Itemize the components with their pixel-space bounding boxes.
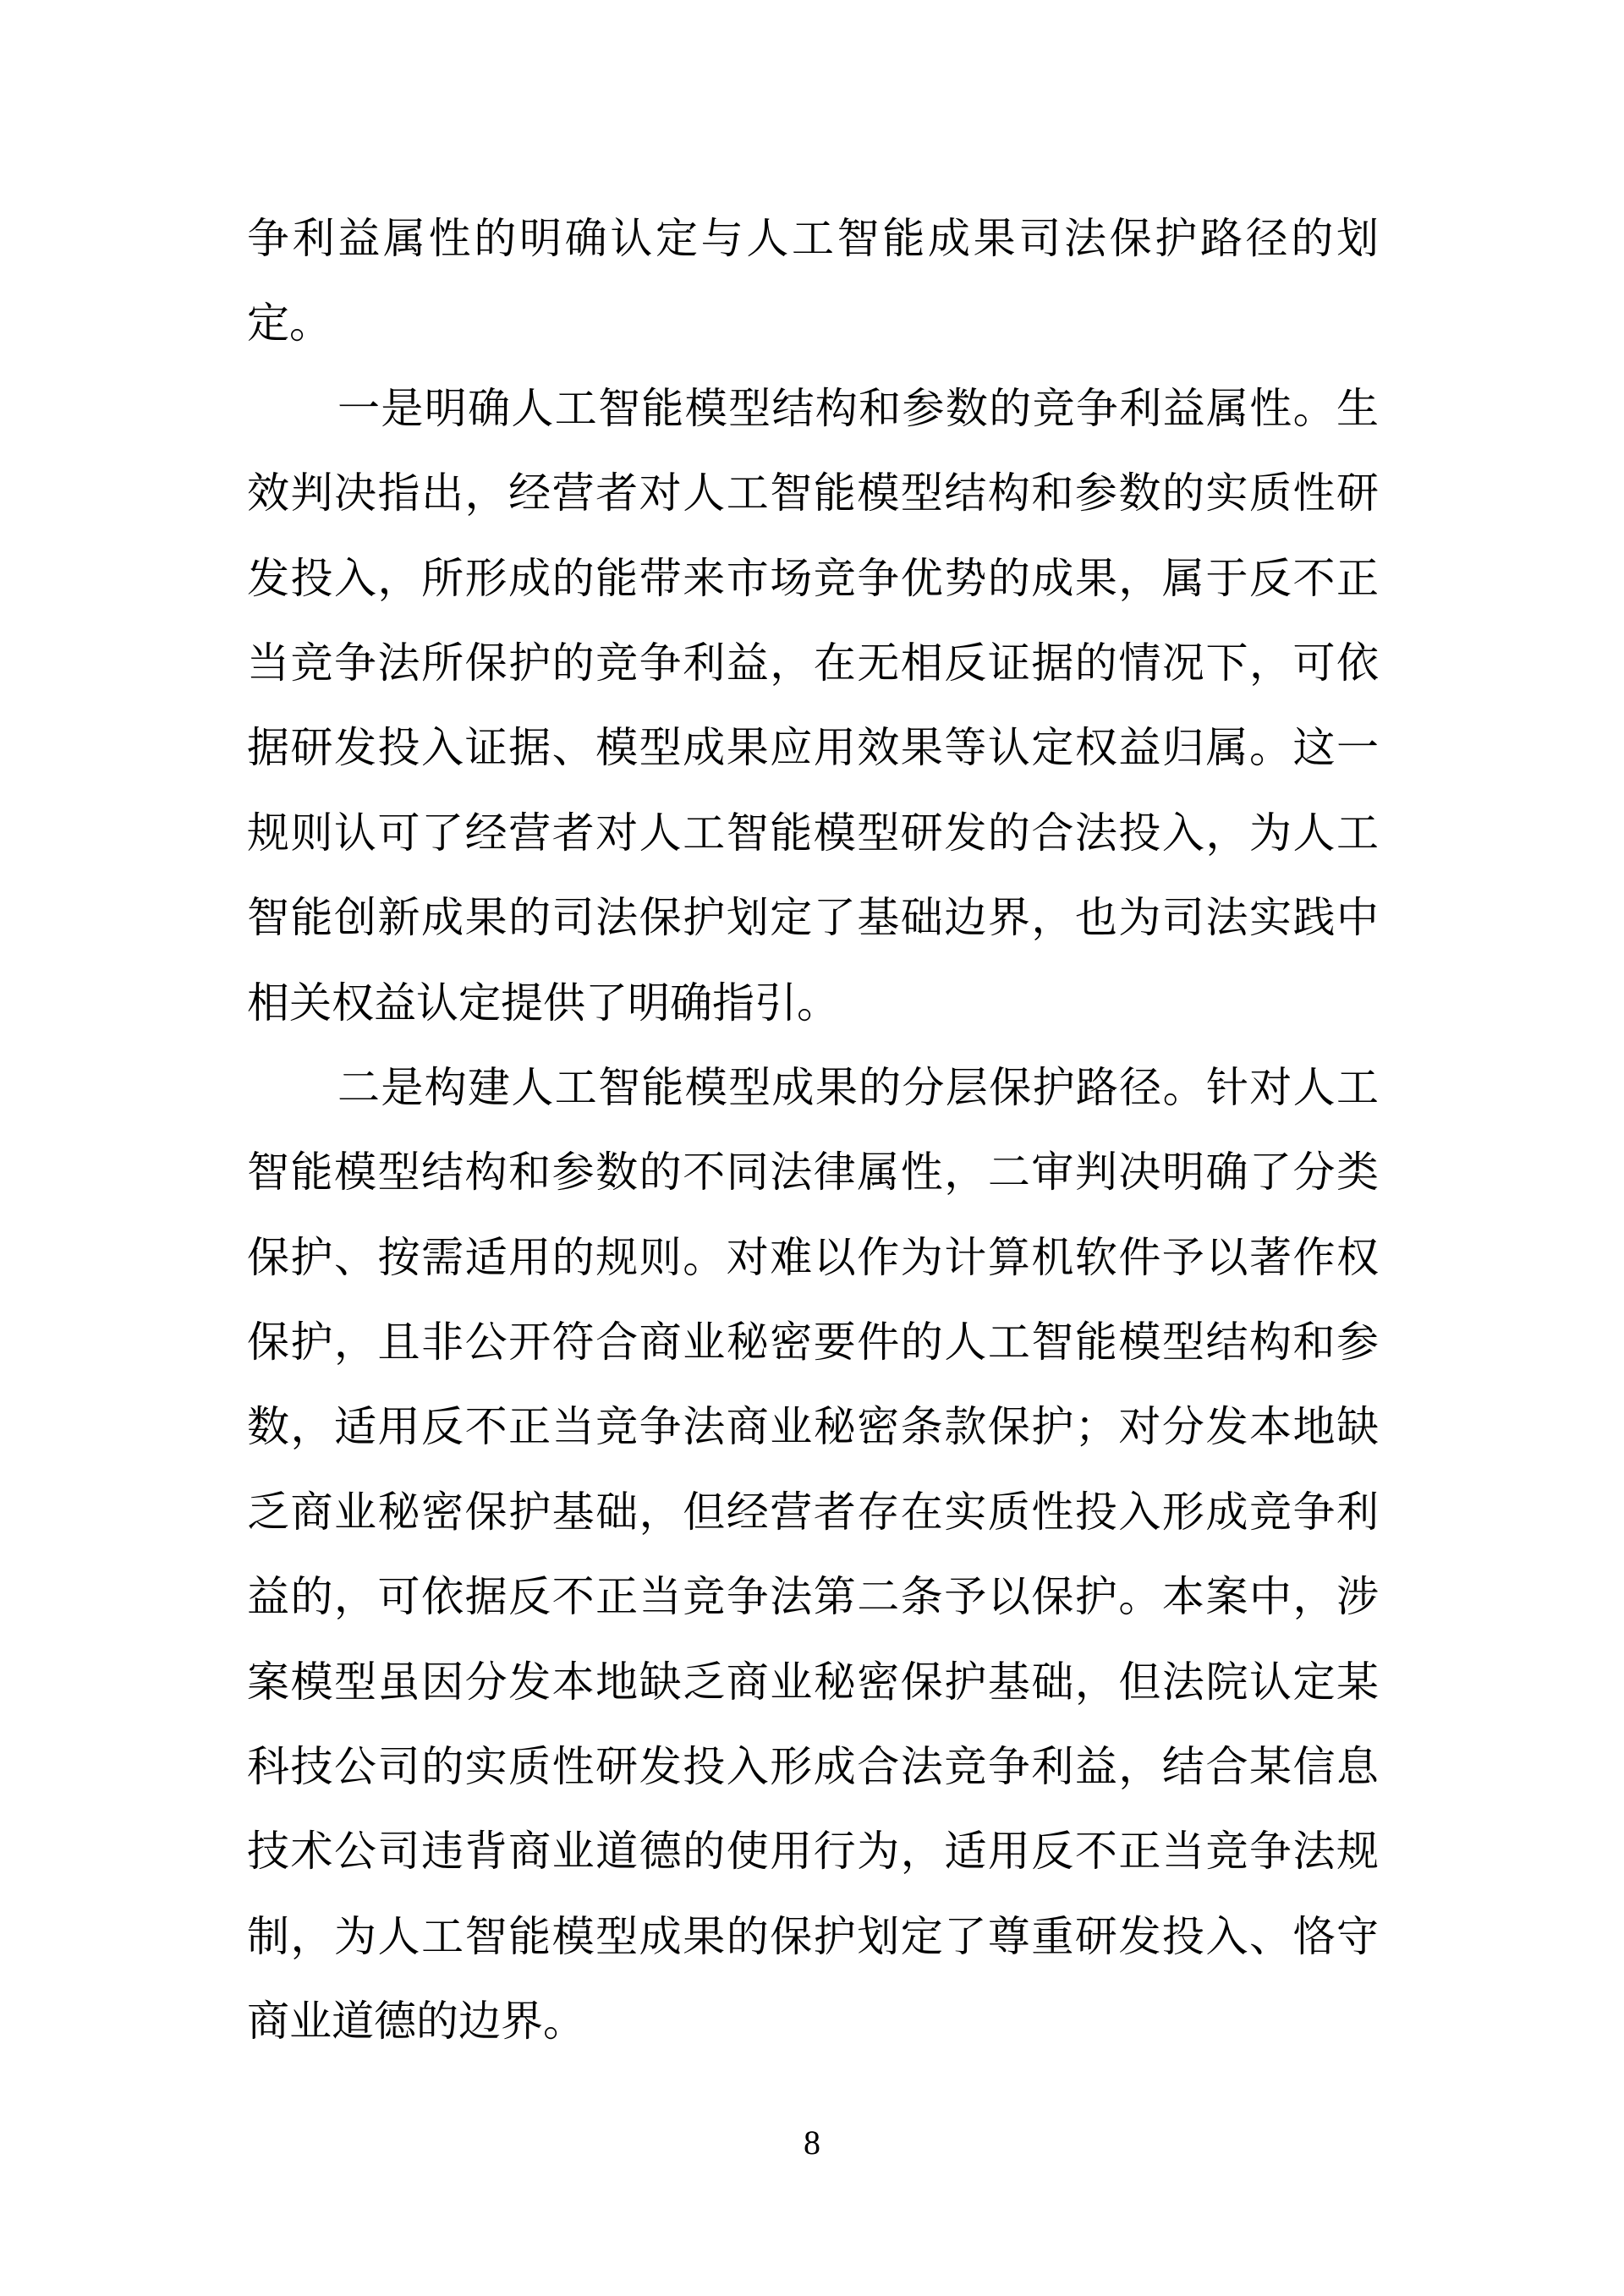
text-line: 当竞争法所保护的竞争利益，在无相反证据的情况下，可依 xyxy=(247,621,1379,705)
text-line: 数，适用反不正当竞争法商业秘密条款保护；对分发本地缺 xyxy=(247,1384,1379,1469)
page-footer: 8 xyxy=(0,2124,1624,2162)
text-line: 技术公司违背商业道德的使用行为，适用反不正当竞争法规 xyxy=(247,1809,1379,1893)
text-line: 一是明确人工智能模型结构和参数的竞争利益属性。生 xyxy=(247,366,1379,451)
text-line: 益的，可依据反不正当竞争法第二条予以保护。本案中，涉 xyxy=(247,1554,1379,1639)
text-line: 发投入，所形成的能带来市场竞争优势的成果，属于反不正 xyxy=(247,536,1379,621)
text-line: 二是构建人工智能模型成果的分层保护路径。针对人工 xyxy=(247,1045,1379,1130)
text-line: 争利益属性的明确认定与人工智能成果司法保护路径的划 xyxy=(247,196,1379,281)
text-line: 商业道德的边界。 xyxy=(247,1979,1379,2063)
text-line: 智能创新成果的司法保护划定了基础边界，也为司法实践中 xyxy=(247,875,1379,960)
text-line: 保护、按需适用的规则。对难以作为计算机软件予以著作权 xyxy=(247,1215,1379,1300)
document-body: 争利益属性的明确认定与人工智能成果司法保护路径的划定。一是明确人工智能模型结构和… xyxy=(247,196,1379,2064)
text-line: 案模型虽因分发本地缺乏商业秘密保护基础，但法院认定某 xyxy=(247,1640,1379,1724)
text-line: 智能模型结构和参数的不同法律属性，二审判决明确了分类 xyxy=(247,1130,1379,1214)
text-line: 规则认可了经营者对人工智能模型研发的合法投入，为人工 xyxy=(247,791,1379,875)
document-page: 争利益属性的明确认定与人工智能成果司法保护路径的划定。一是明确人工智能模型结构和… xyxy=(0,0,1624,2296)
text-line: 乏商业秘密保护基础，但经营者存在实质性投入形成竞争利 xyxy=(247,1470,1379,1554)
text-line: 制，为人工智能模型成果的保护划定了尊重研发投入、恪守 xyxy=(247,1894,1379,1979)
text-line: 保护，且非公开符合商业秘密要件的人工智能模型结构和参 xyxy=(247,1300,1379,1384)
text-line: 相关权益认定提供了明确指引。 xyxy=(247,961,1379,1045)
text-line: 定。 xyxy=(247,281,1379,365)
text-line: 据研发投入证据、模型成果应用效果等认定权益归属。这一 xyxy=(247,705,1379,790)
page-number: 8 xyxy=(804,2123,820,2162)
text-line: 效判决指出，经营者对人工智能模型结构和参数的实质性研 xyxy=(247,451,1379,535)
text-line: 科技公司的实质性研发投入形成合法竞争利益，结合某信息 xyxy=(247,1724,1379,1809)
